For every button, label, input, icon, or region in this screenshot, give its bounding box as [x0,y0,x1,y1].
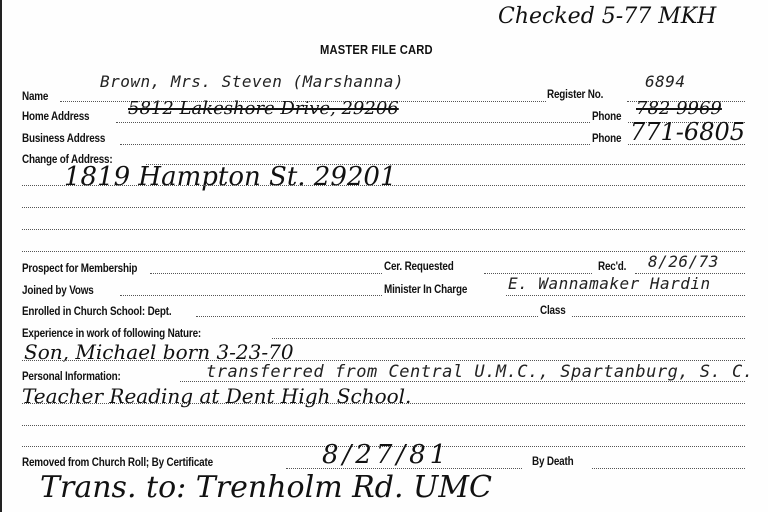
removal-note: Trans. to: Trenholm Rd. UMC [40,470,492,505]
change-of-address-line-2 [22,185,745,186]
personal-info-label: Personal Information: [22,371,121,383]
card-left-edge [0,0,2,512]
master-file-card: Checked 5-77 MKH MASTER FILE CARD Brown,… [0,0,768,512]
by-death-line [592,468,745,469]
prospect-line [150,273,382,274]
joined-by-vows-line [120,295,382,296]
register-no-value: 6894 [645,72,686,91]
experience-line-1 [272,338,745,339]
cer-requested-label: Cer. Requested [384,261,454,273]
business-phone-value: 771-6805 [630,118,745,146]
minister-value: E. Wannamaker Hardin [508,274,711,293]
name-value: Brown, Mrs. Steven (Marshanna) [100,72,404,91]
home-phone-value: 782 9969 [636,98,722,119]
checked-note: Checked 5-77 MKH [498,4,716,29]
experience-line-2 [22,360,745,361]
home-phone-label: Phone [592,111,621,123]
removed-label: Removed from Church Roll; By Certificate [22,457,213,469]
removed-certificate-value: 8/27/81 [322,440,450,470]
joined-by-vows-label: Joined by Vows [22,285,94,297]
business-address-label: Business Address [22,133,105,145]
class-label: Class [540,305,566,317]
register-no-label: Register No. [547,89,603,101]
class-line [572,316,745,317]
recd-value: 8/26/73 [648,252,719,271]
minister-line [506,295,745,296]
by-death-label: By Death [532,456,573,468]
home-address-line [116,122,590,123]
business-phone-label: Phone [592,133,621,145]
business-address-line [120,144,590,145]
name-label: Name [22,91,48,103]
minister-label: Minister In Charge [384,284,467,296]
change-of-address-line-4 [22,229,745,230]
church-school-line [196,316,538,317]
change-of-address-line-3 [22,207,745,208]
home-address-label: Home Address [22,111,89,123]
experience-label: Experience in work of following Nature: [22,328,201,340]
prospect-label: Prospect for Membership [22,263,137,275]
personal-info-value: transferred from Central U.M.C., Spartan… [206,362,753,382]
card-title: MASTER FILE CARD [320,42,433,57]
home-address-value: 5812 Lakeshore Drive, 29206 [128,98,399,119]
personal-info-line-3 [22,425,745,426]
personal-info-line-2 [22,403,745,404]
recd-label: Rec'd. [598,261,626,273]
change-of-address-value: 1819 Hampton St. 29201 [64,162,397,192]
personal-info-extra: Teacher Reading at Dent High School. [22,384,411,408]
change-of-address-line-5 [22,251,745,252]
church-school-label: Enrolled in Church School: Dept. [22,306,171,318]
